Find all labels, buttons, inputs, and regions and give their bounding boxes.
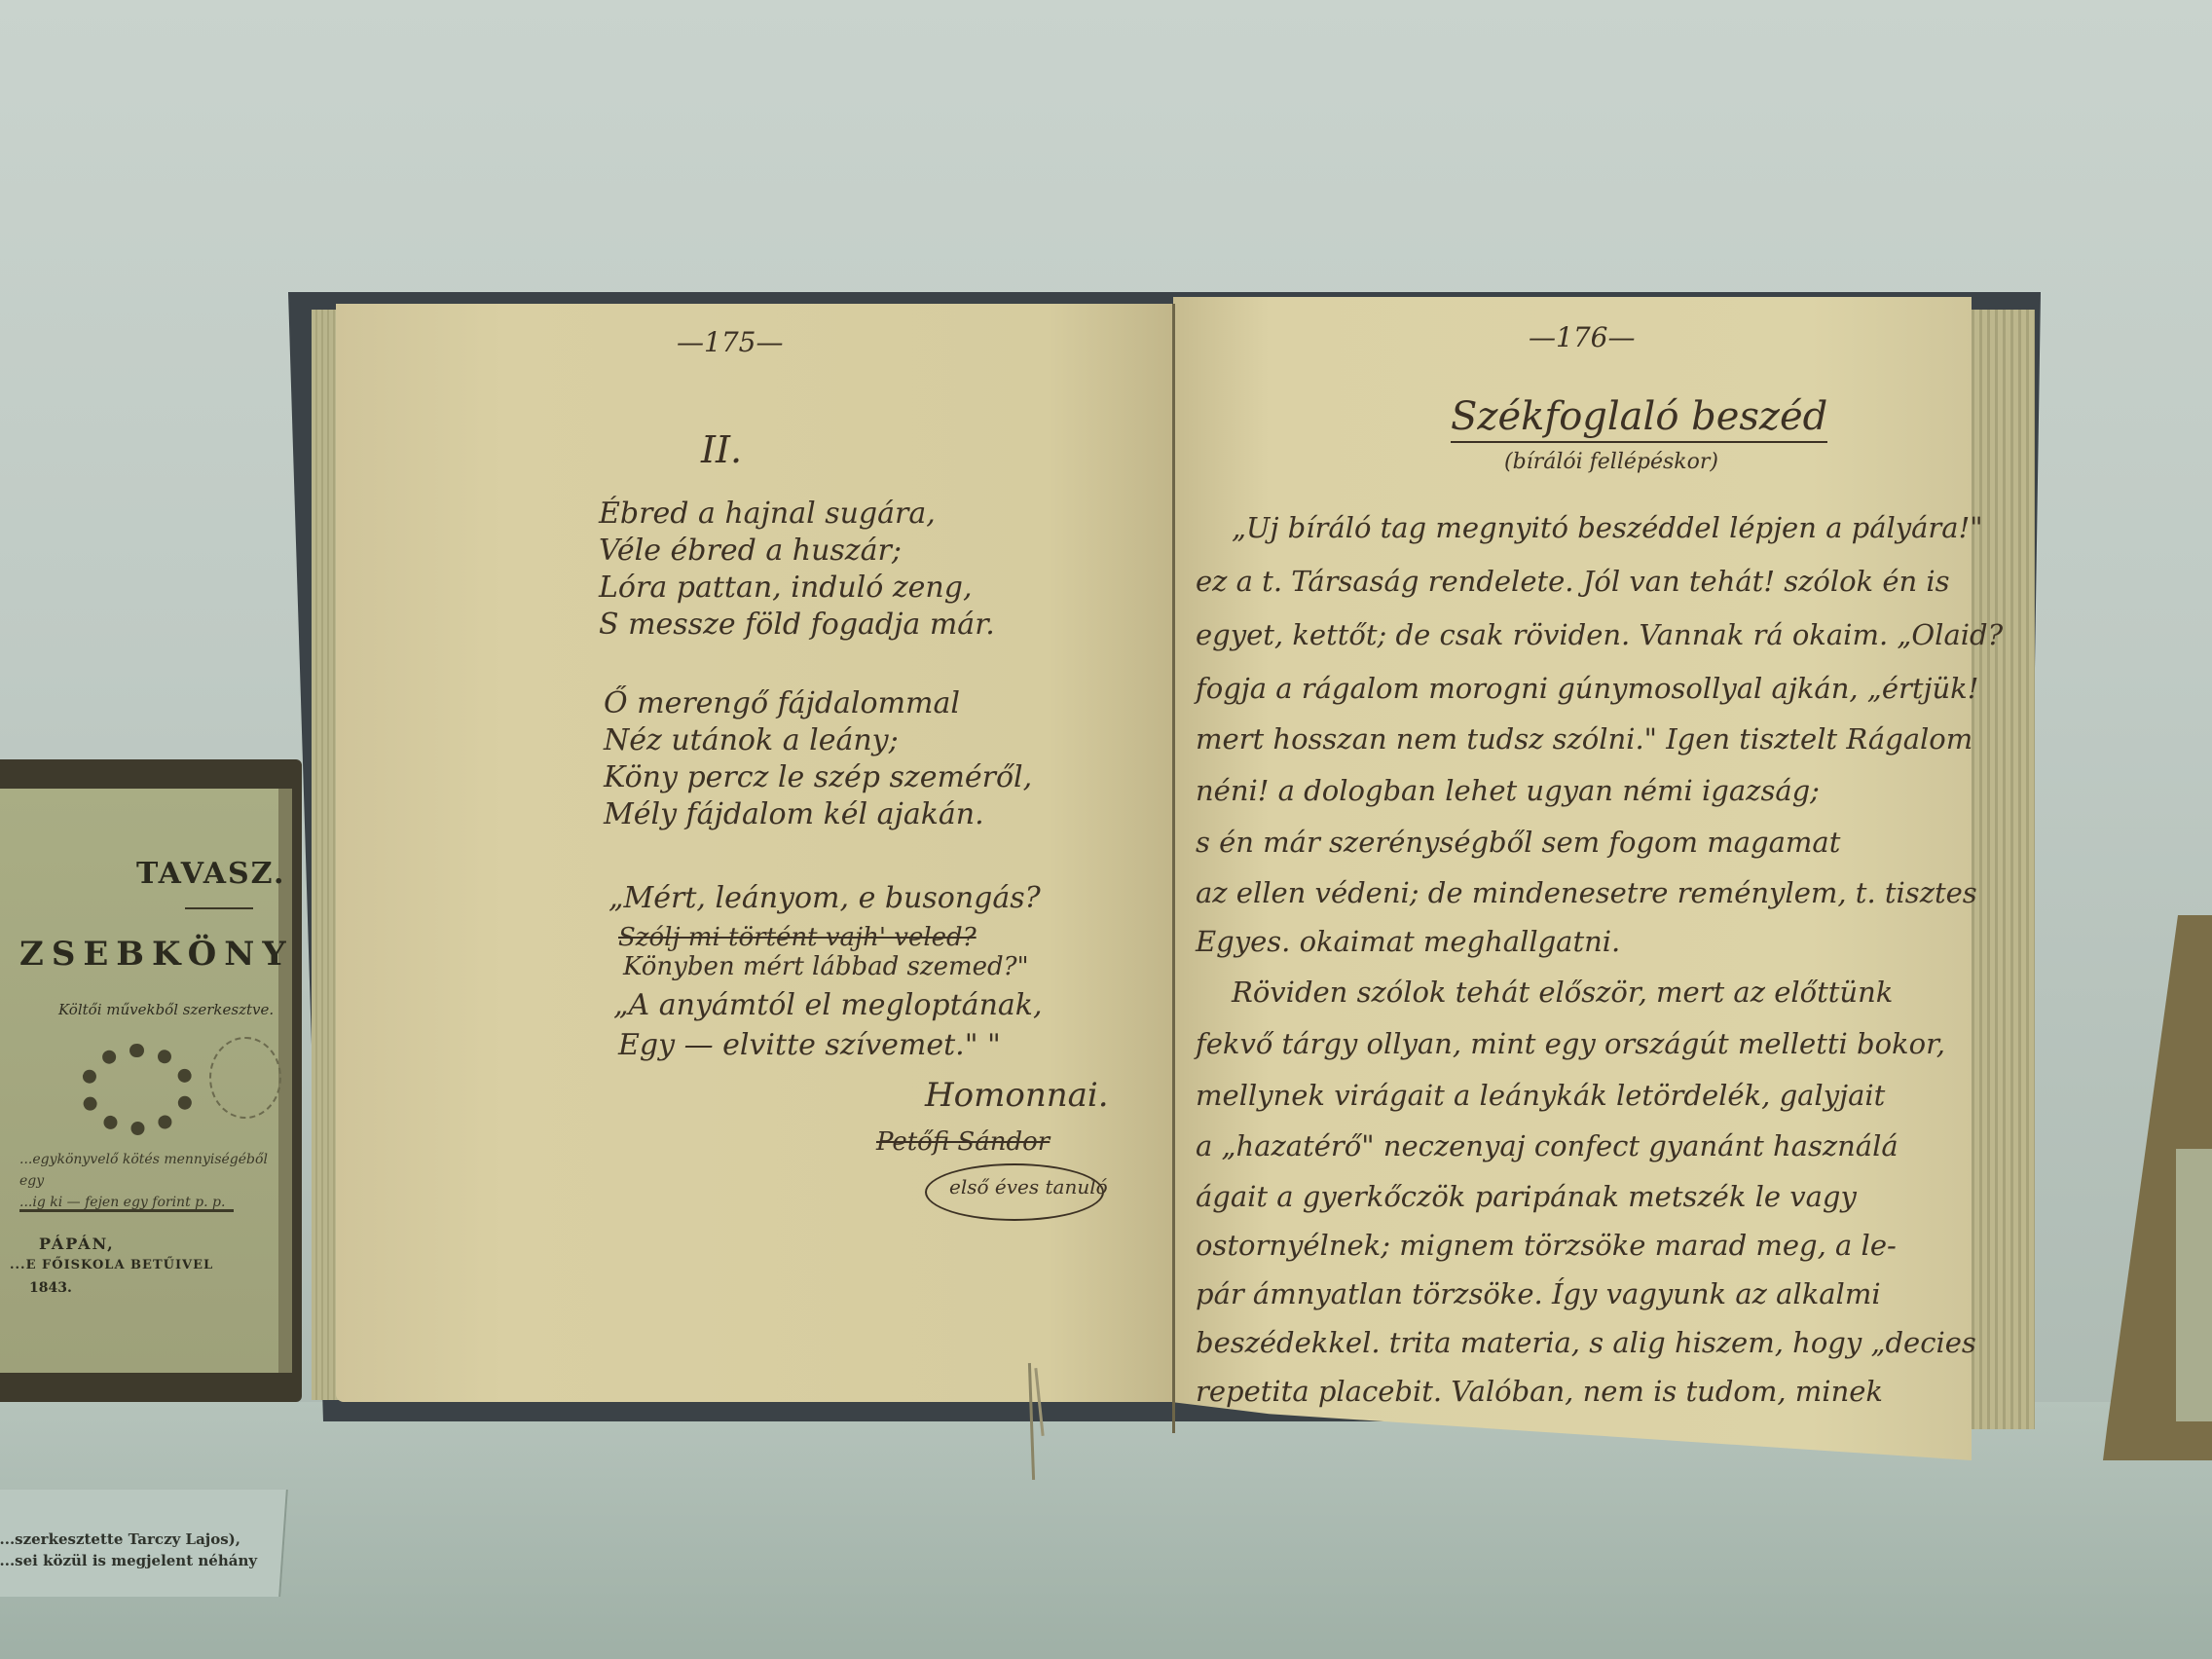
book-title: TAVASZ. [136, 857, 285, 891]
prose-line: repetita placebit. Valóban, nem is tudom… [1196, 1375, 1883, 1408]
poem-line: Mély fájdalom kél ajakán. [604, 797, 984, 831]
manuscript-page-175 [336, 304, 1173, 1402]
poem-line: Néz utánok a leány; [604, 723, 899, 757]
prose-line: pár ámnyatlan törzsöke. Így vagyunk az a… [1196, 1277, 1881, 1310]
book-gutter [1172, 304, 1175, 1433]
prose-line: ágait a gyerkőczök paripának metszék le … [1196, 1180, 1857, 1213]
prose-line: beszédekkel. trita materia, s alig hisze… [1196, 1326, 1976, 1359]
printed-book-tavasz: TAVASZ. ZSEBKÖNY Költői művekből szerkes… [0, 759, 302, 1402]
prose-line: mellynek virágait a leánykák letördelék,… [1196, 1079, 1885, 1112]
ornamental-rule [19, 1209, 234, 1212]
struck-signature: Petőfi Sándor [876, 1127, 1050, 1157]
poem-line: „Mért, leányom, e busongás? [608, 881, 1041, 915]
speech-subheading: (bírálói fellépéskor) [1504, 450, 1718, 474]
prose-line: ostornyélnek; mignem törzsöke marad meg,… [1196, 1229, 1897, 1262]
title-rule [185, 907, 253, 909]
poem-line: Lóra pattan, induló zeng, [599, 571, 972, 605]
handwritten-note: ...egykönyvelő kötés mennyiségéből egy .… [19, 1149, 278, 1213]
page-number: —176— [1529, 321, 1635, 353]
prose-line: fekvő tárgy ollyan, mint egy országút me… [1196, 1027, 1945, 1060]
book-subtitle: ZSEBKÖNY [19, 935, 294, 974]
prose-line: „Uj bíráló tag megnyitó beszéddel lépjen… [1232, 511, 1983, 544]
poem-line: Egy — elvitte szívemet." " [618, 1028, 1001, 1062]
poem-line: Köny percz le szép szeméről, [604, 760, 1032, 794]
prose-line: s én már szerénységből sem fogom magamat [1196, 826, 1840, 859]
prose-line: Röviden szólok tehát először, mert az el… [1232, 976, 1893, 1009]
poem-line: Könyben mért lábbad szemed?" [623, 952, 1029, 981]
speech-heading: Székfoglaló beszéd [1451, 394, 1827, 443]
book-description: Költői művekből szerkesztve. [58, 1001, 274, 1018]
exhibit-label: ...szerkesztette Tarczy Lajos), ...sei k… [0, 1490, 288, 1597]
page-edges-right [1967, 310, 2035, 1429]
poem-line: Véle ébred a huszár; [599, 534, 902, 568]
note-line: ...egykönyvelő kötés mennyiségéből egy [19, 1149, 278, 1192]
page-number: —175— [677, 326, 783, 358]
label-line: ...sei közül is megjelent néhány [0, 1550, 257, 1571]
prose-line: Egyes. okaimat meghallgatni. [1196, 925, 1620, 958]
publication-year: 1843. [29, 1280, 72, 1296]
prose-line: ez a t. Társaság rendelete. Jól van tehá… [1196, 565, 1950, 598]
prose-line: a „hazatérő" neczenyaj confect gyanánt h… [1196, 1129, 1899, 1162]
title-page: TAVASZ. ZSEBKÖNY Költői művekből szerkes… [0, 789, 292, 1373]
poem-line: S messze föld fogadja már. [599, 608, 995, 642]
poem-line: Ébred a hajnal sugára, [599, 497, 936, 531]
author-note: első éves tanuló [949, 1175, 1108, 1198]
prose-line: fogja a rágalom morogni gúnymosollyal aj… [1196, 672, 1978, 705]
adjacent-frame-inner [2176, 1149, 2212, 1421]
publisher: ...E FŐISKOLA BETŰIVEL [10, 1258, 213, 1272]
prose-line: egyet, kettőt; de csak röviden. Vannak r… [1196, 618, 2003, 651]
section-number: II. [701, 428, 742, 471]
prose-line: mert hosszan nem tudsz szólni." Igen tis… [1196, 722, 1972, 756]
poem-line: Ő merengő fájdalommal [604, 686, 960, 720]
author-signature: Homonnai. [925, 1076, 1109, 1115]
publication-place: PÁPÁN, [39, 1235, 115, 1253]
prose-line: az ellen védeni; de mindenesetre reményl… [1196, 876, 1977, 909]
poem-line: „A anyámtól el megloptának, [613, 988, 1043, 1022]
wreath-ornament-icon [80, 1044, 195, 1135]
struck-poem-line: Szólj mi történt vajh' veled? [618, 923, 977, 952]
label-text: ...szerkesztette Tarczy Lajos), ...sei k… [0, 1529, 257, 1571]
label-line: ...szerkesztette Tarczy Lajos), [0, 1529, 257, 1550]
prose-line: néni! a dologban lehet ugyan némi igazsá… [1196, 774, 1820, 807]
library-stamp-icon [209, 1037, 281, 1119]
